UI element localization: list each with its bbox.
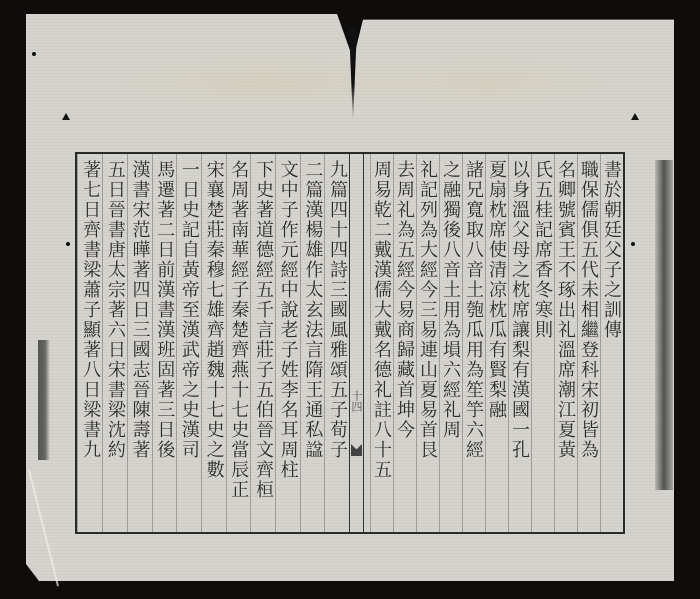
ink-dot [631,242,635,246]
text-column: 馬遷著二日前漢書漢班固著三日後 [152,154,177,532]
text-column: 名卿號賓王不琢出礼溫席潮江夏黃 [554,154,577,532]
text-column: 以身溫父母之枕席讓梨有漢國一孔 [508,154,531,532]
ink-dot [66,242,70,246]
text-column: 名周著南華經子秦楚齊燕十七史當辰正 [226,154,251,532]
text-column: 職保儒俱五代未相繼登科宋初皆為 [577,154,600,532]
scanned-page: 書於朝廷父子之訓傳 職保儒俱五代未相繼登科宋初皆為 名卿號賓王不琢出礼溫席潮江夏… [0,0,700,599]
center-fold: 十四 [349,154,364,532]
printed-frame: 書於朝廷父子之訓傳 職保儒俱五代未相繼登科宋初皆為 名卿號賓王不琢出礼溫席潮江夏… [75,152,625,534]
ink-dot [32,52,36,56]
text-column: 去周礼為五經今易商歸藏首坤今 [393,154,416,532]
text-column: 一日史記自黃帝至漢武帝之史漢司 [176,154,201,532]
page-number: 十四 [350,390,363,412]
right-edge-shadow [655,160,673,490]
text-column: 五日晉書唐太宗著六日宋書梁沈約 [102,154,127,532]
text-column: 著七日齊書梁蕭子顯著八日梁書九 [77,154,102,532]
left-half-leaf: 九篇四十四詩三國風雅頌五子荀子 二篇漢楊雄作太玄法言隋王通私諡 文中子作元經中說… [77,154,349,532]
text-column: 周易乾二戴漢儒大戴名德礼註八十五 [370,154,393,532]
text-column: 夏扇枕席使清凉枕瓜有賢梨融 [485,154,508,532]
text-column: 諸兄寬取八音土匏瓜用為笙竽六經 [462,154,485,532]
text-column: 之融獨後八音土用為塤六經礼周 [439,154,462,532]
triangle-mark-right [631,113,639,120]
text-column: 宋襄楚莊秦穆七雄齊趙魏十七史之數 [201,154,226,532]
text-column: 二篇漢楊雄作太玄法言隋王通私諡 [300,154,325,532]
text-column: 書於朝廷父子之訓傳 [600,154,623,532]
fishtail-mark-icon [351,444,362,456]
triangle-mark-left [62,113,70,120]
text-column: 下史著道德經五千言莊子五伯晉文齊桓 [250,154,275,532]
text-column: 氏五桂記席香冬寒則 [531,154,554,532]
text-column: 漢書宋范曄著四日三國志晉陳壽著 [127,154,152,532]
text-column: 礼記列為大經今三易連山夏易首艮 [416,154,439,532]
text-column: 文中子作元經中說老子姓李名耳周柱 [275,154,300,532]
left-edge-shadow [38,340,50,460]
right-half-leaf: 書於朝廷父子之訓傳 職保儒俱五代未相繼登科宋初皆為 名卿號賓王不琢出礼溫席潮江夏… [364,154,623,532]
text-column: 九篇四十四詩三國風雅頌五子荀子 [324,154,349,532]
